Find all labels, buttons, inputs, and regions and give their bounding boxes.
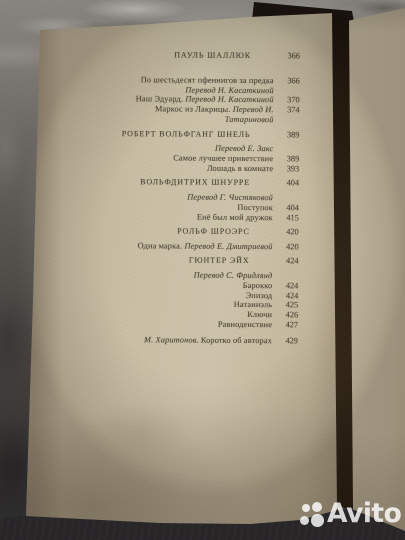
- toc-row-header: РОБЕРТ ВОЛЬФГАНГ ШНЕЛЬ389: [105, 129, 299, 140]
- toc-page-number: 425: [272, 300, 298, 310]
- toc-page-number: 427: [272, 320, 298, 330]
- toc-page-number: 389: [273, 154, 299, 164]
- toc-row-header: РОЛЬФ ШРОЭРС420: [105, 226, 299, 237]
- toc-row-header: ПАУЛЬ ШАЛЛЮК366: [106, 50, 300, 61]
- toc-page-number: 429: [272, 336, 298, 346]
- toc-page-number: 424: [272, 256, 298, 266]
- toc-row-entry: Лошадь в комнате393: [105, 163, 299, 174]
- toc-page-number: 420: [273, 242, 299, 252]
- avito-watermark: Avito: [296, 498, 404, 534]
- avito-wordmark: Avito: [327, 499, 401, 528]
- toc-title: ПАУЛЬ ШАЛЛЮК: [106, 50, 274, 61]
- toc-row-header: ВОЛЬФДИТРИХ ШНУРРЕ404: [105, 177, 299, 188]
- avito-logo-dot-icon: [300, 516, 309, 525]
- toc-page-number: 370: [274, 96, 300, 106]
- toc-row-note: М. Харитонов. Коротко об авторах429: [104, 335, 298, 346]
- toc-title: РОЛЬФ ШРОЭРС: [105, 226, 273, 237]
- toc-title: Енё был мой дружок: [105, 212, 273, 223]
- toc-page-number: 424: [272, 281, 298, 291]
- toc-row-entry: Маркос из Лакрицы. Перевод И. Татариново…: [105, 104, 299, 125]
- toc-rows: ПАУЛЬ ШАЛЛЮК366По шестьдесят пфеннигов з…: [104, 50, 300, 346]
- toc-page-number: 389: [273, 130, 299, 140]
- toc-title: ГЮНТЕР ЭЙХ: [104, 255, 272, 266]
- book-listing-photo: ПАУЛЬ ШАЛЛЮК366По шестьдесят пфеннигов з…: [0, 0, 405, 540]
- avito-logo-dot-icon: [312, 502, 322, 512]
- toc-title: М. Харитонов. Коротко об авторах: [104, 335, 272, 346]
- toc-row-entry: Одна марка. Перевод Е. Дмитриевой420: [105, 241, 299, 252]
- toc-page-number: 424: [272, 291, 298, 301]
- toc-title: Маркос из Лакрицы. Перевод И. Татариново…: [105, 104, 273, 125]
- toc-page-number: 426: [272, 310, 298, 320]
- toc-page-number: 404: [273, 179, 299, 189]
- toc-page-number: 415: [273, 213, 299, 223]
- toc-row-entry: Равноденствие427: [104, 319, 298, 330]
- toc-title: Лошадь в комнате: [105, 163, 273, 174]
- toc-title: ВОЛЬФДИТРИХ ШНУРРЕ: [105, 177, 273, 188]
- avito-logo-dot-icon: [302, 504, 310, 512]
- toc-page-number: 374: [274, 105, 300, 115]
- toc-page-number: 404: [273, 203, 299, 213]
- toc-title: Равноденствие: [104, 319, 272, 330]
- toc-page-number: 366: [274, 76, 300, 86]
- toc-row-entry: Енё был мой дружок415: [105, 212, 299, 223]
- toc-page-number: 420: [273, 227, 299, 237]
- toc-row-header: ГЮНТЕР ЭЙХ424: [104, 255, 298, 266]
- toc-page-number: 393: [273, 164, 299, 174]
- toc-page-number: 366: [274, 51, 300, 61]
- toc-title: РОБЕРТ ВОЛЬФГАНГ ШНЕЛЬ: [105, 129, 273, 140]
- toc-title: Одна марка. Перевод Е. Дмитриевой: [105, 241, 273, 252]
- avito-logo-dot-icon: [311, 514, 324, 527]
